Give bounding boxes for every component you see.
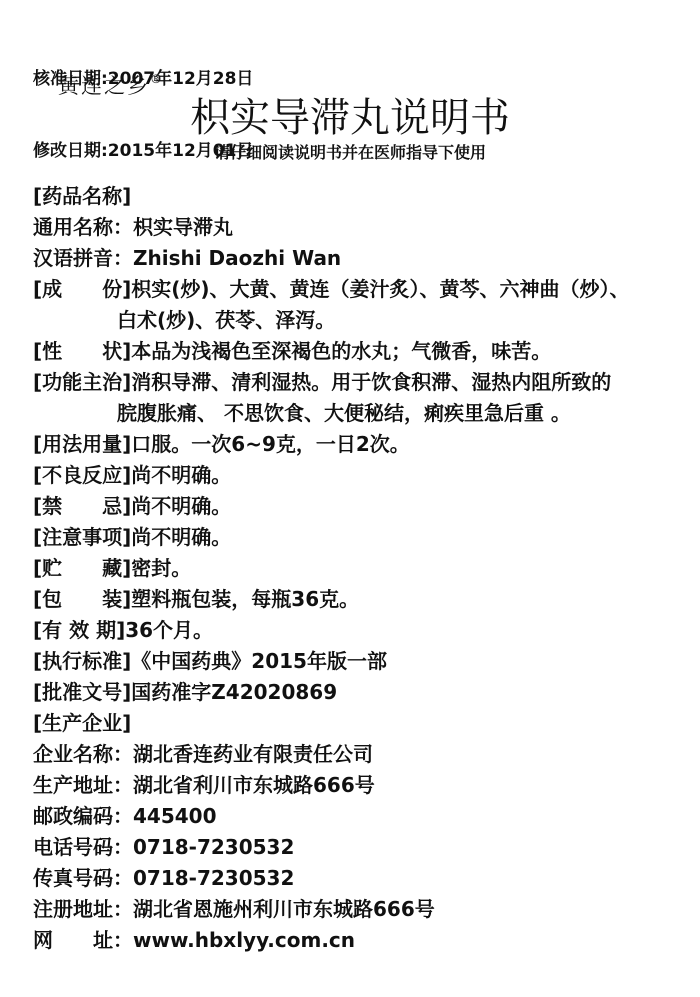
description: [性 状]本品为浅褐色至深褐色的水丸；气微香，味苦。	[33, 336, 683, 367]
executive-standard: [执行标准]《中国药典》2015年版一部	[33, 646, 683, 677]
registered-address: 注册地址：湖北省恩施州利川市东城路666号	[33, 894, 683, 925]
indications-line-2: 脘腹胀痛、 不思饮食、大便秘结，痢疾里急后重 。	[33, 398, 683, 429]
production-address: 生产地址：湖北省利川市东城路666号	[33, 770, 683, 801]
section-manufacturer: [生产企业]	[33, 708, 683, 739]
fax-number: 传真号码：0718-7230532	[33, 863, 683, 894]
indications-line-1: [功能主治]消积导滞、清利湿热。用于饮食积滞、湿热内阻所致的	[33, 367, 683, 398]
precautions: [注意事项]尚不明确。	[33, 522, 683, 553]
validity-period: [有 效 期]36个月。	[33, 615, 683, 646]
page-title: 枳实导滞丸说明书	[0, 86, 700, 143]
phone-number: 电话号码：0718-7230532	[33, 832, 683, 863]
pinyin-name: 汉语拼音：Zhishi Daozhi Wan	[33, 243, 683, 274]
storage: [贮 藏]密封。	[33, 553, 683, 584]
website: 网 址：www.hbxlyy.com.cn	[33, 925, 683, 956]
leaflet-body: [药品名称] 通用名称：枳实导滞丸 汉语拼音：Zhishi Daozhi Wan…	[33, 181, 683, 956]
contraindications: [禁 忌]尚不明确。	[33, 491, 683, 522]
dosage: [用法用量]口服。一次6~9克，一日2次。	[33, 429, 683, 460]
subtitle: 请仔细阅读说明书并在医师指导下使用	[0, 140, 700, 163]
section-drug-name: [药品名称]	[33, 181, 683, 212]
drug-leaflet-page: 核准日期:2007年12月28日 修改日期:2015年12月01日 黄连之乡® …	[0, 0, 700, 997]
ingredients-line-2: 白术(炒)、茯苓、泽泻。	[33, 305, 683, 336]
generic-name: 通用名称：枳实导滞丸	[33, 212, 683, 243]
adverse-reactions: [不良反应]尚不明确。	[33, 460, 683, 491]
company-name: 企业名称：湖北香连药业有限责任公司	[33, 739, 683, 770]
approval-number: [批准文号]国药准字Z42020869	[33, 677, 683, 708]
packaging: [包 装]塑料瓶包装，每瓶36克。	[33, 584, 683, 615]
postal-code: 邮政编码：445400	[33, 801, 683, 832]
registered-trademark-icon: ®	[150, 72, 162, 86]
ingredients-line-1: [成 份]枳实(炒)、大黄、黄连（姜汁炙）、黄芩、六神曲（炒）、	[33, 274, 683, 305]
